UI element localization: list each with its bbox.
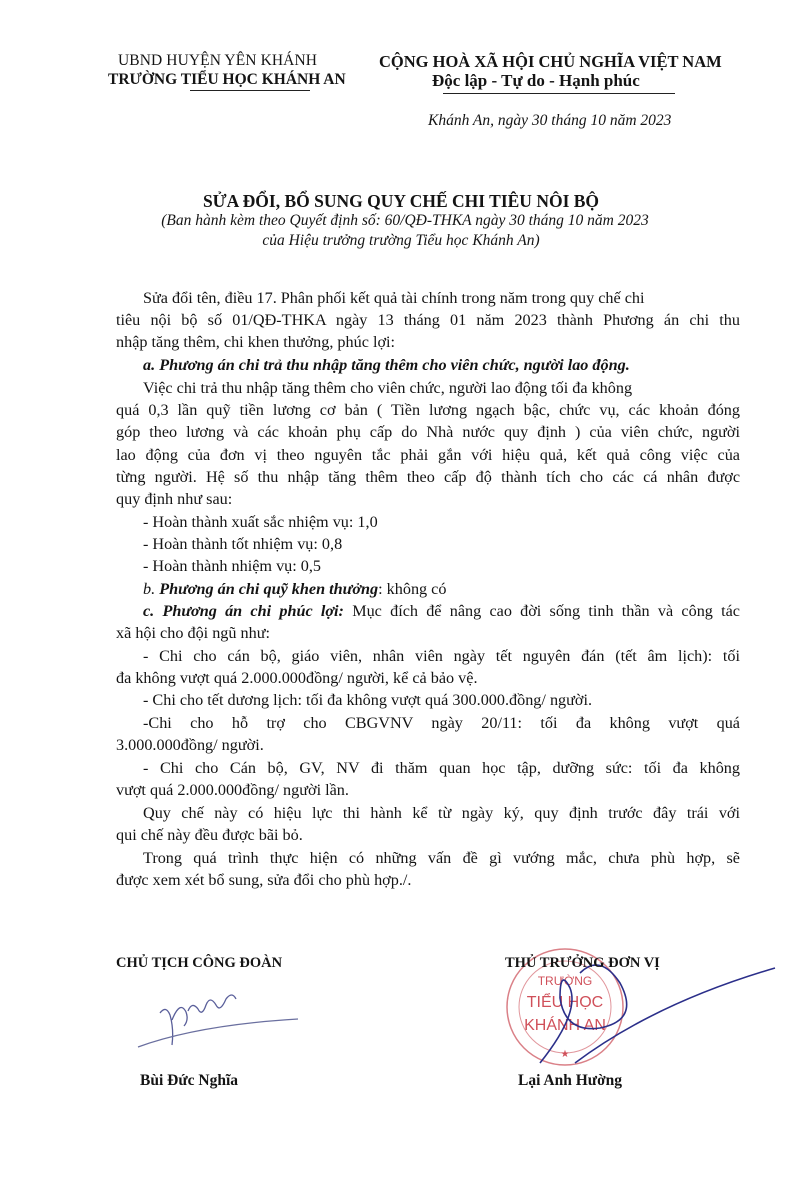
- paragraph-line: Việc chi trả thu nhập tăng thêm cho viên…: [143, 379, 632, 398]
- paragraph-line: Sửa đổi tên, điều 17. Phân phối kết quả …: [143, 289, 645, 308]
- section-b: b. Phương án chi quỹ khen thưởng: không …: [143, 580, 446, 599]
- welfare-item: -Chi cho hỗ trợ cho CBGVNV ngày 20/11: t…: [143, 714, 740, 733]
- welfare-item-cont: vượt quá 2.000.000đồng/ người lần.: [116, 781, 349, 800]
- issuing-authority: UBND HUYỆN YÊN KHÁNH: [118, 52, 317, 70]
- paragraph-line: quy định như sau:: [116, 490, 232, 509]
- national-motto: Độc lập - Tự do - Hạnh phúc: [432, 71, 640, 91]
- header-right-underline: [443, 93, 675, 94]
- welfare-item-cont: 3.000.000đồng/ người.: [116, 736, 264, 755]
- svg-text:TIỂU HỌC: TIỂU HỌC: [527, 992, 603, 1011]
- paragraph-line: được xem xét bổ sung, sửa đổi cho phù hợ…: [116, 871, 411, 890]
- coefficient-item: - Hoàn thành xuất sắc nhiệm vụ: 1,0: [143, 513, 378, 532]
- welfare-item: - Chi cho Cán bộ, GV, NV đi thăm quan họ…: [143, 759, 740, 778]
- national-title: CỘNG HOÀ XÃ HỘI CHỦ NGHĨA VIỆT NAM: [379, 52, 722, 72]
- paragraph-line: xã hội cho đội ngũ như:: [116, 624, 270, 643]
- school-name: TRƯỜNG TIỂU HỌC KHÁNH AN: [108, 71, 346, 89]
- signer-right-title: THỦ TRƯỞNG ĐƠN VỊ: [505, 955, 660, 972]
- document-title: SỬA ĐỔI, BỔ SUNG QUY CHẾ CHI TIÊU NÔI BỘ: [0, 191, 802, 212]
- document-subtitle: của Hiệu trưởng trường Tiểu học Khánh An…: [0, 232, 802, 250]
- paragraph-line: góp theo lương và các khoản phụ cấp do N…: [116, 423, 740, 442]
- welfare-item-cont: đa không vượt quá 2.000.000đồng/ người, …: [116, 669, 478, 688]
- section-a-heading: a. Phương án chi trả thu nhập tăng thêm …: [143, 356, 630, 375]
- coefficient-item: - Hoàn thành nhiệm vụ: 0,5: [143, 557, 321, 576]
- section-b-heading: Phương án chi quỹ khen thưởng: [159, 580, 378, 598]
- signer-left-name: Bùi Đức Nghĩa: [140, 1072, 238, 1090]
- section-b-text: : không có: [378, 580, 446, 598]
- section-c-text: Mục đích để nâng cao đời sống tinh thần …: [344, 602, 740, 620]
- coefficient-item: - Hoàn thành tốt nhiệm vụ: 0,8: [143, 535, 342, 554]
- paragraph-line: nhập tăng thêm, chi khen thưởng, phúc lợ…: [116, 333, 395, 352]
- paragraph-line: lao động của đơn vị theo nguyên tắc phải…: [116, 446, 740, 465]
- document-subtitle: (Ban hành kèm theo Quyết định số: 60/QĐ-…: [0, 212, 802, 230]
- svg-text:★: ★: [561, 1049, 570, 1060]
- paragraph-line: tiêu nội bộ số 01/QĐ-THKA ngày 13 tháng …: [116, 311, 740, 330]
- paragraph-line: từng người. Hệ số thu nhập tăng thêm the…: [116, 468, 740, 487]
- section-c: c. Phương án chi phúc lợi: Mục đích để n…: [143, 602, 740, 621]
- section-b-prefix: b.: [143, 580, 159, 598]
- section-c-heading: c. Phương án chi phúc lợi:: [143, 602, 344, 620]
- document-date: Khánh An, ngày 30 tháng 10 năm 2023: [428, 112, 671, 130]
- welfare-item: - Chi cho tết dương lịch: tối đa không v…: [143, 691, 592, 710]
- paragraph-line: quá 0,3 lần quỹ tiền lương cơ bản ( Tiền…: [116, 401, 740, 420]
- paragraph-line: Quy chế này có hiệu lực thi hành kể từ n…: [143, 804, 740, 823]
- signer-right-name: Lại Anh Hường: [518, 1072, 622, 1090]
- welfare-item: - Chi cho cán bộ, giáo viên, nhân viên n…: [143, 647, 740, 666]
- header-left-underline: [190, 90, 310, 91]
- paragraph-line: Trong quá trình thực hiện có những vấn đ…: [143, 849, 740, 868]
- paragraph-line: qui chế này đều được bãi bỏ.: [116, 826, 303, 845]
- signature-left-icon: [130, 985, 310, 1060]
- signer-left-title: CHỦ TỊCH CÔNG ĐOÀN: [116, 955, 282, 972]
